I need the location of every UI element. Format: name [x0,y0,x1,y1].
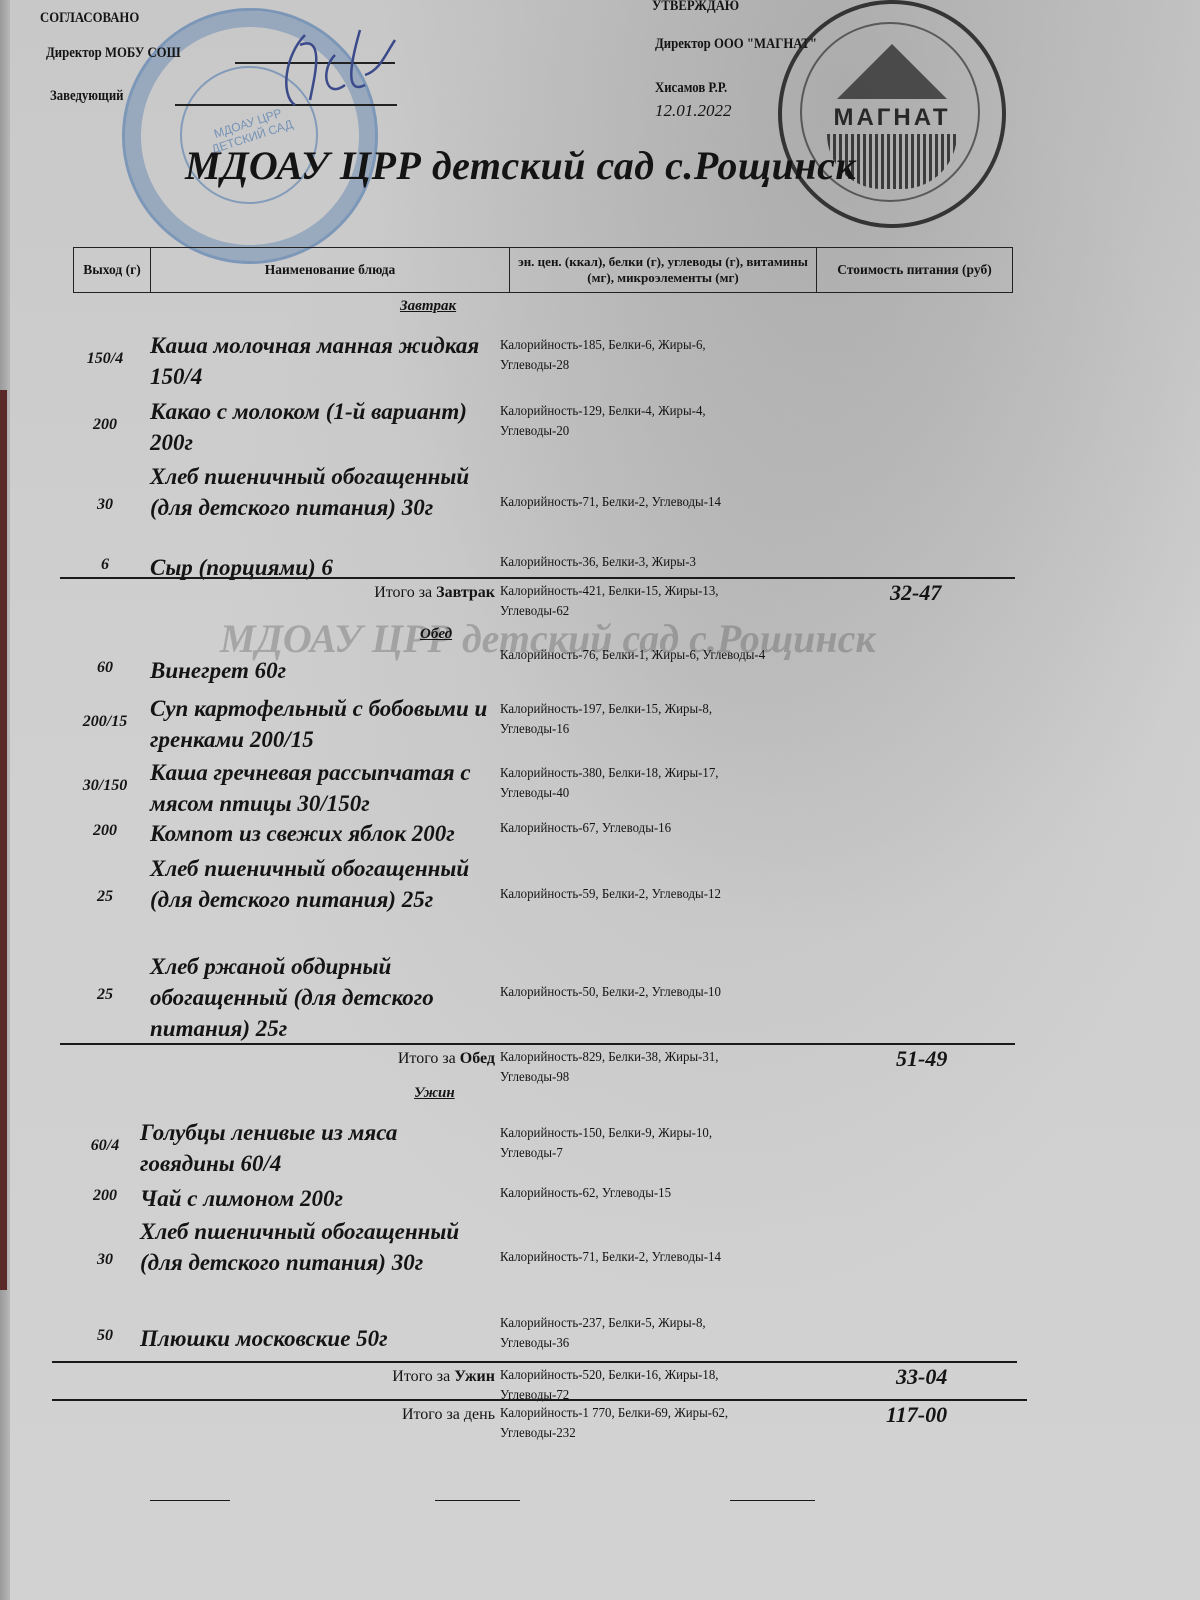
header-nutrition: эн. цен. (ккал), белки (г), углеводы (г)… [510,248,817,293]
header-cost: Стоимость питания (руб) [817,248,1013,293]
dish-name: Хлеб пшеничный обогащенный (для детского… [150,853,500,915]
output-value: 200/15 [65,713,145,731]
section-header: Завтрак [400,298,456,315]
approval-left-line1: Директор МОБУ СОШ [46,45,181,62]
approval-left-line2: Заведующий [50,88,124,105]
approval-left-heading: СОГЛАСОВАНО [40,10,139,27]
section-divider [60,577,1015,579]
total-meal-name: Обед [460,1050,495,1067]
signature-blank [150,1500,230,1501]
output-value: 30 [65,1251,145,1269]
output-value: 150/4 [65,350,145,368]
header-output: Выход (г) [74,248,151,293]
nutrition-info: Калорийность-36, Белки-3, Жиры-3 [500,553,776,573]
total-prefix: Итого за [374,584,436,601]
meal-total-cost: 32-47 [890,580,941,606]
meal-total-nutrition: Калорийность-829, Белки-38, Жиры-31, Угл… [500,1048,776,1088]
meal-total-nutrition: Калорийность-421, Белки-15, Жиры-13, Угл… [500,582,776,622]
meal-total-cost: 51-49 [896,1046,947,1072]
day-total-nutrition: Калорийность-1 770, Белки-69, Жиры-62, У… [500,1404,776,1444]
output-value: 60/4 [65,1137,145,1155]
approval-date: 12.01.2022 [655,101,732,121]
nutrition-info: Калорийность-71, Белки-2, Углеводы-14 [500,493,776,513]
total-meal-name: Ужин [454,1368,495,1385]
nutrition-info: Калорийность-62, Углеводы-15 [500,1184,776,1204]
output-value: 60 [65,659,145,677]
meal-total-label: Итого за Ужин [295,1368,495,1386]
nutrition-info: Калорийность-185, Белки-6, Жиры-6, Углев… [500,336,776,376]
output-value: 30 [65,496,145,514]
dish-name: Чай с лимоном 200г [140,1183,490,1214]
menu-table-header: Выход (г) Наименование блюда эн. цен. (к… [73,247,1013,293]
dish-name: Суп картофельный с бобовыми и гренками 2… [150,693,500,755]
total-prefix: Итого за [398,1050,460,1067]
nutrition-info: Калорийность-76, Белки-1, Жиры-6, Углево… [500,646,776,666]
dish-name: Каша молочная манная жидкая 150/4 [150,330,500,392]
dish-name: Винегрет 60г [150,655,500,686]
day-total-label: Итого за день [295,1406,495,1424]
dish-name: Хлеб пшеничный обогащенный (для детского… [140,1216,490,1278]
section-divider [52,1361,1017,1363]
output-value: 25 [65,888,145,906]
signature-blank [730,1500,815,1501]
output-value: 25 [65,986,145,1004]
day-total-cost: 117-00 [886,1402,947,1428]
dish-name: Компот из свежих яблок 200г [150,818,500,849]
nutrition-info: Калорийность-197, Белки-15, Жиры-8, Угле… [500,700,776,740]
menu-document: МДОАУ ЦРР ДЕТСКИЙ САД СОГЛАСОВАНО Директ… [10,0,1200,1600]
nutrition-info: Калорийность-380, Белки-18, Жиры-17, Угл… [500,764,776,804]
nutrition-info: Калорийность-150, Белки-9, Жиры-10, Угле… [500,1124,776,1164]
section-divider [60,1043,1015,1045]
total-prefix: Итого за [392,1368,454,1385]
nutrition-info: Калорийность-59, Белки-2, Углеводы-12 [500,885,776,905]
nutrition-info: Калорийность-67, Углеводы-16 [500,819,776,839]
company-stamp: МАГНАТ [778,0,1006,228]
output-value: 200 [65,822,145,840]
output-value: 200 [65,416,145,434]
nutrition-info: Калорийность-129, Белки-4, Жиры-4, Углев… [500,402,776,442]
dish-name: Хлеб пшеничный обогащенный (для детского… [150,461,500,523]
section-header: Обед [420,626,452,643]
meal-total-label: Итого за Обед [295,1050,495,1068]
dish-name: Хлеб ржаной обдирный обогащенный (для де… [150,951,500,1044]
meal-total-cost: 33-04 [896,1364,947,1390]
output-value: 50 [65,1327,145,1345]
dish-name: Голубцы ленивые из мяса говядины 60/4 [140,1117,490,1179]
output-value: 6 [65,556,145,574]
meal-total-label: Итого за Завтрак [295,584,495,602]
nutrition-info: Калорийность-237, Белки-5, Жиры-8, Углев… [500,1314,776,1354]
dish-name: Какао с молоком (1-й вариант) 200г [150,396,500,458]
document-title: МДОАУ ЦРР детский сад с.Рощинск [185,142,856,189]
dish-name: Каша гречневая рассыпчатая с мясом птицы… [150,757,500,819]
dish-name: Плюшки московские 50г [140,1323,490,1354]
signature-blank [435,1500,520,1501]
nutrition-info: Калорийность-50, Белки-2, Углеводы-10 [500,983,776,1003]
day-divider [52,1399,1027,1401]
approval-right-heading: УТВЕРЖДАЮ [652,0,739,15]
nutrition-info: Калорийность-71, Белки-2, Углеводы-14 [500,1248,776,1268]
approval-right-name: Хисамов Р.Р. [655,80,727,97]
output-value: 200 [65,1187,145,1205]
signature-icon [265,15,405,115]
output-value: 30/150 [65,777,145,795]
header-dish: Наименование блюда [151,248,510,293]
approval-right-line1: Директор ООО "МАГНАТ" [655,36,817,53]
total-meal-name: Завтрак [436,584,495,601]
background-edge [0,390,7,1290]
section-header: Ужин [414,1085,455,1102]
